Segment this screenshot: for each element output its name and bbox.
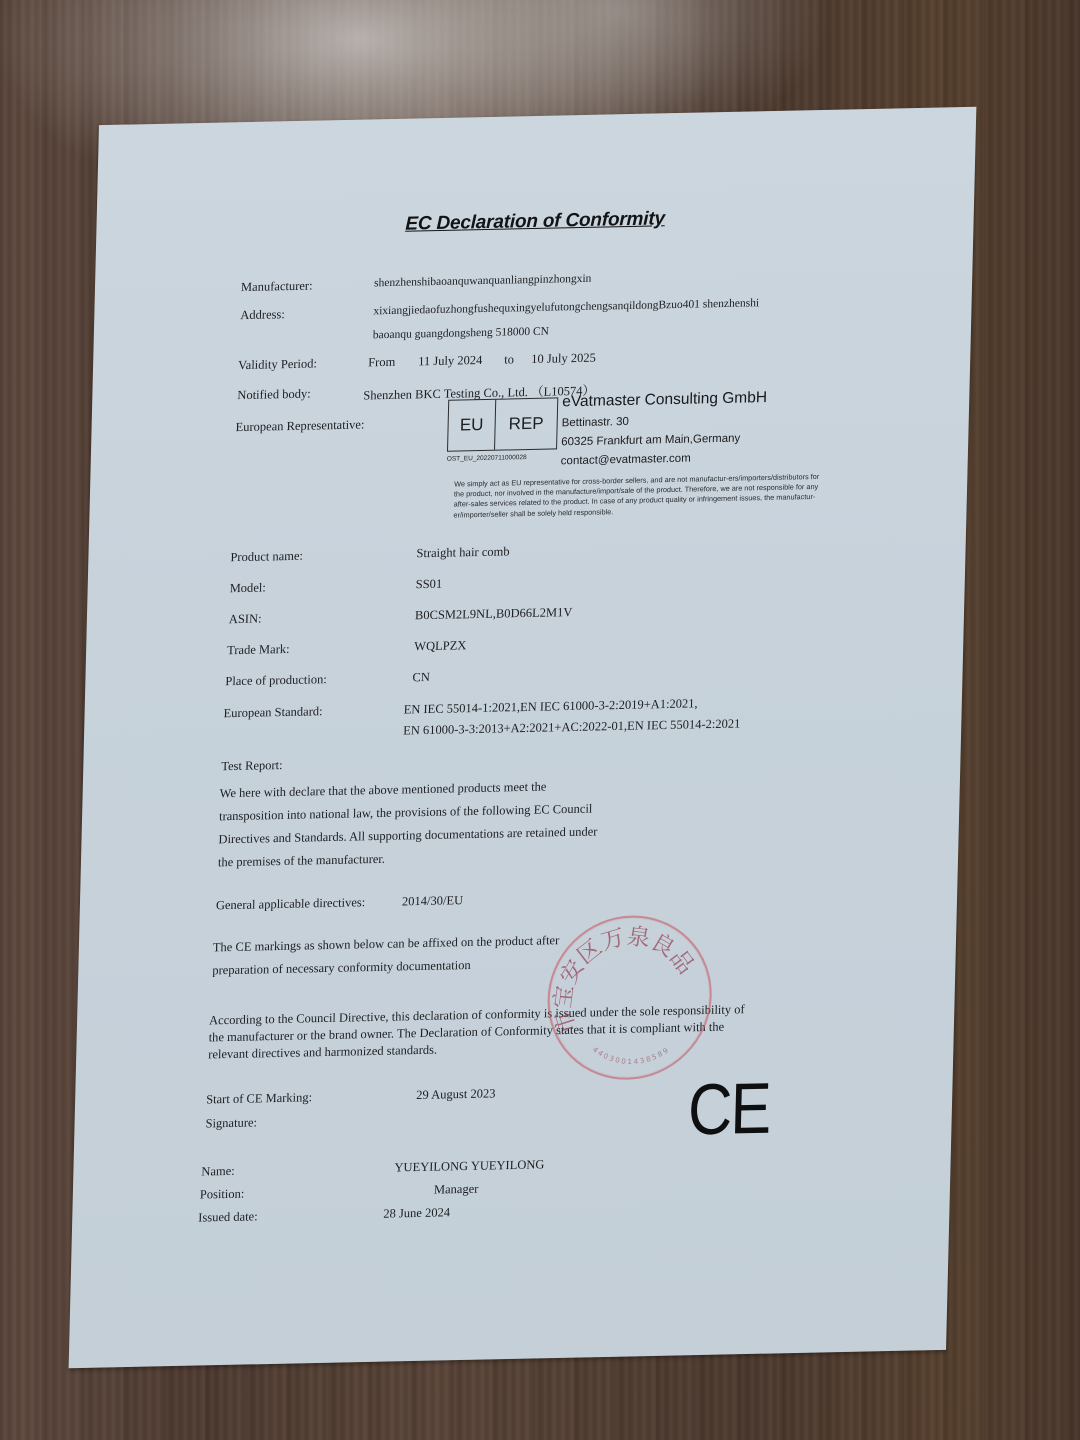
address-line-1: xixiangjiedaofuzhongfushequxingyelufuton… xyxy=(373,297,759,317)
eu-rep-email: contact@evatmaster.com xyxy=(561,453,691,468)
product-name-value: Straight hair comb xyxy=(416,544,509,561)
svg-text:市宝安区万泉良品: 市宝安区万泉良品 xyxy=(549,922,700,1037)
trade-mark-value: WQLPZX xyxy=(414,638,466,654)
place-of-production-value: CN xyxy=(412,670,430,685)
stamp-ring-text: 市宝安区万泉良品 4403001438589 xyxy=(548,916,712,1079)
eu-rep-city: 60325 Frankfurt am Main,Germany xyxy=(561,433,740,449)
ce-mark-text: CE xyxy=(687,1073,770,1147)
model-label: Model: xyxy=(229,580,265,596)
declaration-paper: EC Declaration of Conformity Manufacture… xyxy=(69,107,977,1368)
notified-body-label: Notified body: xyxy=(237,387,311,404)
directives-value: 2014/30/EU xyxy=(402,893,464,909)
stamp-name-text: 市宝安区万泉良品 xyxy=(549,922,700,1037)
address-label: Address: xyxy=(240,307,285,323)
eu-rep-street: Bettinastr. 30 xyxy=(562,416,629,429)
start-ce-value: 29 August 2023 xyxy=(416,1086,496,1103)
start-ce-label: Start of CE Marking: xyxy=(206,1090,312,1107)
stamp-number-text: 4403001438589 xyxy=(591,1044,672,1067)
eu-rep-company: eVatmaster Consulting GmbH xyxy=(562,389,767,411)
signature-label: Signature: xyxy=(205,1115,257,1131)
eu-rep-badge-code: OST_EU_20220711000028 xyxy=(447,454,527,463)
position-value: Manager xyxy=(434,1182,479,1198)
eu-rep-disclaimer: We simply act as EU representative for c… xyxy=(453,472,824,521)
test-report-label: Test Report: xyxy=(221,758,283,774)
issued-value: 28 June 2024 xyxy=(383,1205,450,1221)
asin-label: ASIN: xyxy=(229,612,262,628)
company-stamp: 市宝安区万泉良品 4403001438589 xyxy=(546,914,714,1081)
place-of-production-label: Place of production: xyxy=(225,672,327,689)
product-name-label: Product name: xyxy=(230,549,303,566)
eu-rep-badge-rep: REP xyxy=(495,398,557,449)
position-label: Position: xyxy=(200,1187,245,1203)
declaration-paragraph: We here with declare that the above ment… xyxy=(218,774,599,874)
address-line-2: baoanqu guangdongsheng 518000 CN xyxy=(373,326,549,342)
eu-rep-badge-eu: EU xyxy=(448,400,496,451)
eu-rep-label: European Representative: xyxy=(235,417,364,435)
european-standard-label: European Standard: xyxy=(223,704,322,721)
european-standard-line-1: EN IEC 55014-1:2021,EN IEC 61000-3-2:201… xyxy=(403,696,697,717)
document-title: EC Declaration of Conformity xyxy=(96,202,974,242)
validity-to-label: to xyxy=(504,352,514,367)
validity-from-date: 11 July 2024 xyxy=(418,353,483,369)
name-label: Name: xyxy=(201,1164,235,1180)
ce-mark-logo: CE xyxy=(680,1072,778,1146)
directives-label: General applicable directives: xyxy=(216,895,366,913)
name-value: YUEYILONG YUEYILONG xyxy=(394,1157,544,1175)
svg-text:4403001438589: 4403001438589 xyxy=(591,1044,672,1067)
validity-from-label: From xyxy=(368,355,395,371)
trade-mark-label: Trade Mark: xyxy=(227,642,290,658)
issued-label: Issued date: xyxy=(198,1209,258,1225)
manufacturer-value: shenzhenshibaoanquwanquanliangpinzhongxi… xyxy=(374,273,592,290)
eu-rep-badge: EU REP xyxy=(447,397,558,451)
model-value: SS01 xyxy=(416,577,443,593)
validity-label: Validity Period: xyxy=(238,356,317,373)
validity-to-date: 10 July 2025 xyxy=(531,351,596,367)
manufacturer-label: Manufacturer: xyxy=(241,279,313,295)
asin-value: B0CSM2L9NL,B0D66L2M1V xyxy=(415,605,573,623)
european-standard-line-2: EN 61000-3-3:2013+A2:2021+AC:2022-01,EN … xyxy=(403,716,741,738)
ce-paragraph: The CE markings as shown below can be af… xyxy=(212,929,559,982)
